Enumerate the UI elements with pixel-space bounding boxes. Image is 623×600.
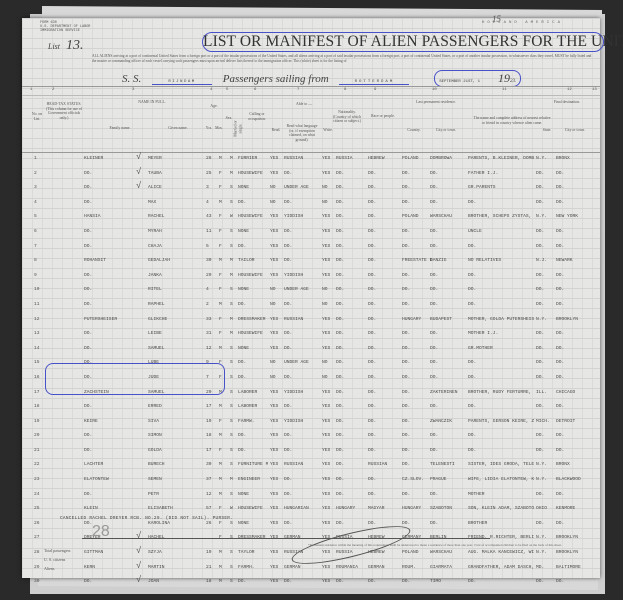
given-name: TAUBA <box>148 171 162 176</box>
age: 2 <box>206 302 209 307</box>
city: TELENESTI <box>430 462 455 467</box>
column-number: 11 <box>502 88 507 92</box>
family-name: DO. <box>84 331 92 336</box>
city: BERLIN <box>430 535 447 540</box>
given-name: SIVA <box>148 419 159 424</box>
dest-city: DO. <box>556 521 564 526</box>
row-number: 27 <box>34 535 40 540</box>
dest-state: DO. <box>536 346 544 351</box>
marital-status: M <box>230 273 233 278</box>
marital-status: S <box>230 419 233 424</box>
dest-state: DO. <box>536 302 544 307</box>
race: DO. <box>368 433 376 438</box>
family-name: LACHTER <box>84 462 103 467</box>
table-row: 20DO.SIMON18MSDO.YESDO.YESDO.DO.DO.DO.DO… <box>22 429 600 444</box>
occupation: HOUSEWIFE <box>238 506 263 511</box>
occupation: NONE <box>238 346 249 351</box>
nationality: DO. <box>336 375 344 380</box>
sex: F <box>219 287 222 292</box>
relative: DO. <box>468 579 476 584</box>
date-value: SEPTEMBER 21ST, 1 <box>439 80 480 84</box>
can-read: YES <box>270 492 278 497</box>
family-name: KLEINER <box>84 156 103 161</box>
city: DO. <box>430 346 438 351</box>
dest-state: DO. <box>536 244 544 249</box>
sex: M <box>219 302 222 307</box>
table-row: 5HANSIARACHEL43FWHOUSEWIFEYESYIDDISHYESD… <box>22 210 600 225</box>
can-read: YES <box>270 565 278 570</box>
family-name: DO. <box>84 433 92 438</box>
country: DO. <box>402 521 410 526</box>
dest-state: DO. <box>536 404 544 409</box>
occupation: HOUSEWIFE <box>238 214 263 219</box>
race: DO. <box>368 214 376 219</box>
footnote: *Permanent residence within the meaning … <box>308 543 598 547</box>
marital-status: S <box>230 390 233 395</box>
checkmark-icon: √ <box>136 561 141 571</box>
age: 17 <box>206 448 212 453</box>
table-row: 3DO.ALICE3FSNONENOUNDER AGENODO.DO.DO.DO… <box>22 181 600 196</box>
can-read: YES <box>270 244 278 249</box>
can-write: YES <box>322 229 330 234</box>
country: DO. <box>402 390 410 395</box>
race: DO. <box>368 331 376 336</box>
row-number: 13 <box>34 331 40 336</box>
age: 57 <box>206 506 212 511</box>
can-write: NO <box>322 360 328 365</box>
page-title: LIST OR MANIFEST OF ALIEN PASSENGERS FOR… <box>202 32 604 52</box>
can-read: NO <box>270 302 276 307</box>
header-no: No. on List. <box>30 112 44 121</box>
occupation: LABORER <box>238 404 257 409</box>
city: ZAKTERINEN <box>430 390 458 395</box>
column-number: 13 <box>592 88 597 92</box>
dest-city: DO. <box>556 244 564 249</box>
family-name: DO. <box>84 273 92 278</box>
sex: F <box>219 419 222 424</box>
family-name: DO. <box>84 404 92 409</box>
occupation: FARMW. <box>238 419 255 424</box>
sex: F <box>219 214 222 219</box>
row-number: 8 <box>34 258 37 263</box>
nationality: DO. <box>336 579 344 584</box>
dest-city: NEW YORK <box>556 214 578 219</box>
dest-city: BROOKLYN <box>556 550 578 555</box>
occupation: NONE <box>238 521 249 526</box>
given-name: LEIBE <box>148 331 162 336</box>
dest-city: BROOKLYN <box>556 317 578 322</box>
row-number: 20 <box>34 433 40 438</box>
marital-status: M <box>230 156 233 161</box>
dest-city: DO. <box>556 492 564 497</box>
race: DO. <box>368 302 376 307</box>
nationality: DO. <box>336 346 344 351</box>
relative: MOTHER I.J. <box>468 331 498 336</box>
city: DO. <box>430 185 438 190</box>
age: 18 <box>206 579 212 584</box>
age: 17 <box>206 404 212 409</box>
relative: DO. <box>468 404 476 409</box>
age: 12 <box>206 346 212 351</box>
occupation: DO. <box>238 433 246 438</box>
nationality: DO. <box>336 477 344 482</box>
age: 43 <box>206 214 212 219</box>
read-language: GERMAN <box>284 565 301 570</box>
header-head-tax: HEAD-TAX STATUS. (This column for use of… <box>46 102 82 120</box>
read-language: DO. <box>284 258 292 263</box>
dest-state: DO. <box>536 448 544 453</box>
marital-status: M <box>230 171 233 176</box>
nationality: DO. <box>336 448 344 453</box>
race: DO. <box>368 360 376 365</box>
read-language: RUSSIAN <box>284 462 303 467</box>
read-language: HUNGARIAN <box>284 506 309 511</box>
given-name: MYRAH <box>148 229 162 234</box>
dest-city: DO. <box>556 433 564 438</box>
sex: M <box>219 579 222 584</box>
list-number: List13. <box>48 38 84 54</box>
race: DO. <box>368 521 376 526</box>
occupation: TAYLOR <box>238 550 255 555</box>
can-read: NO <box>270 185 276 190</box>
read-language: DO. <box>284 375 292 380</box>
country: HUNGARY <box>402 317 421 322</box>
column-number: 1 <box>30 88 32 92</box>
sailing-date: SEPTEMBER 21ST, 11923. <box>434 70 521 87</box>
read-language: DO. <box>284 302 292 307</box>
list-label: List <box>48 42 60 51</box>
occupation: DO. <box>238 244 246 249</box>
city: DO. <box>430 200 438 205</box>
country: DO. <box>402 185 410 190</box>
country: DO. <box>402 331 410 336</box>
can-write: YES <box>322 404 330 409</box>
city: DO. <box>430 492 438 497</box>
marital-status: S <box>230 579 233 584</box>
row-number: 16 <box>34 375 40 380</box>
family-name: DO. <box>84 229 92 234</box>
checkmark-icon: √ <box>136 181 141 191</box>
table-row: 1KLEINERMEYER26MMFURRIERYESRUSSIANYESRUS… <box>22 152 600 167</box>
column-number: 5 <box>226 88 228 92</box>
table-row: 30DO.JOAN18MSDO.YESDO.YESDO.DO.DO.TIMODO… <box>22 575 600 590</box>
nationality: ROUMANIA <box>336 565 358 570</box>
city: DANZIG <box>430 258 447 263</box>
family-name: DO. <box>84 579 92 584</box>
can-read: YES <box>270 156 278 161</box>
can-write: YES <box>322 579 330 584</box>
sex: F <box>219 331 222 336</box>
handwritten-page-number: 28 <box>92 523 110 541</box>
city: DO. <box>430 302 438 307</box>
relative: DO. <box>468 302 476 307</box>
can-write: NO <box>322 375 328 380</box>
occupation: NONE <box>238 492 249 497</box>
age: 12 <box>206 492 212 497</box>
race: DO. <box>368 244 376 249</box>
read-language: DO. <box>284 579 292 584</box>
agency-header: FORM 630 U.S. DEPARTMENT OF LABOR IMMIGR… <box>40 21 90 33</box>
dest-city: NEWARK <box>556 258 573 263</box>
race: DO. <box>368 448 376 453</box>
nationality: DO. <box>336 258 344 263</box>
checkmark-icon: √ <box>136 575 141 585</box>
checkmark-icon: √ <box>136 531 141 541</box>
table-row: 22LACHTERBURECH30MSFURNITURE MAKERYESRUS… <box>22 458 600 473</box>
occupation: ENGINEER <box>238 477 260 482</box>
marital-status: S <box>230 200 233 205</box>
column-number: 4 <box>210 88 212 92</box>
header-able-to: Able to — <box>284 102 324 107</box>
country: DO. <box>402 404 410 409</box>
sex: F <box>219 317 222 322</box>
row-number: 26 <box>34 521 40 526</box>
row-number: 18 <box>34 404 40 409</box>
country: DO. <box>402 273 410 278</box>
dest-city: BRONX <box>556 156 570 161</box>
relative: FATHER I.J. <box>468 171 498 176</box>
dest-state: DO. <box>536 287 544 292</box>
occupation: DRESSMAKER <box>238 317 266 322</box>
year-label: 19 <box>498 71 510 85</box>
header-write: Write. <box>322 128 334 133</box>
city: BUDAPEST <box>430 317 452 322</box>
race: GERMAN <box>368 565 385 570</box>
family-name: KLEIN <box>84 506 98 511</box>
row-number: 14 <box>34 346 40 351</box>
dest-state: DO. <box>536 171 544 176</box>
header-mos: Mos. <box>214 126 224 131</box>
age: 31 <box>206 331 212 336</box>
dest-state: N.Y. <box>536 535 547 540</box>
nationality: DO. <box>336 287 344 292</box>
relative: GR.PARENTS <box>468 185 496 190</box>
dest-city: DO. <box>556 273 564 278</box>
row-number: 19 <box>34 419 40 424</box>
can-write: YES <box>322 273 330 278</box>
race: DO. <box>368 273 376 278</box>
relative: DO. <box>468 360 476 365</box>
occupation: HOUSEWIFE <box>238 273 263 278</box>
country: DO. <box>402 200 410 205</box>
table-row: 7DO.CHAJA5FSDO.YESDO.YESDO.DO.DO.DO.DO.D… <box>22 240 600 255</box>
header-final-destination: Final destination. <box>542 100 592 105</box>
row-number: 29 <box>34 565 40 570</box>
given-name: MAX <box>148 200 156 205</box>
row-number: 12 <box>34 317 40 322</box>
country: POLAND <box>402 214 419 219</box>
city: DO. <box>430 521 438 526</box>
sex: M <box>219 433 222 438</box>
total-passengers-label: Total passengers <box>44 546 71 555</box>
can-read: NO <box>270 375 276 380</box>
can-read: YES <box>270 579 278 584</box>
dest-city: DO. <box>556 331 564 336</box>
table-header: No. on List. HEAD-TAX STATUS. (This colu… <box>22 94 600 153</box>
can-write: YES <box>322 433 330 438</box>
column-number: 9 <box>374 88 376 92</box>
can-write: YES <box>322 317 330 322</box>
marital-status: S <box>230 404 233 409</box>
row-number: 28 <box>34 550 40 555</box>
relative: FRIEND, R.RICHTER, BERLIN <box>468 535 534 540</box>
can-write: YES <box>322 171 330 176</box>
city: DO. <box>430 273 438 278</box>
dest-city: DO. <box>556 229 564 234</box>
family-name: DO. <box>84 492 92 497</box>
table-row: 2DO.TAUBA25FMHOUSEWIFEYESDO.YESDO.DO.DO.… <box>22 167 600 182</box>
relative: DO. <box>468 273 476 278</box>
country: POLAND <box>402 550 419 555</box>
given-name: CHAJA <box>148 244 162 249</box>
row-number: 7 <box>34 244 37 249</box>
race: DO. <box>368 346 376 351</box>
marital-status: S <box>230 360 233 365</box>
can-read: YES <box>270 331 278 336</box>
relative: DO. <box>468 433 476 438</box>
dest-state: DO. <box>536 229 544 234</box>
dest-state: DO. <box>536 185 544 190</box>
occupation: HOUSEWIFE <box>238 171 263 176</box>
read-language: DO. <box>284 346 292 351</box>
table-row: 23ELATONTEWSEMEN37MMENGINEERYESDO.YESDO.… <box>22 473 600 488</box>
given-name: ALICE <box>148 185 162 190</box>
family-name: KERN <box>84 565 95 570</box>
read-language: UNDER AGE <box>284 360 309 365</box>
can-write: YES <box>322 448 330 453</box>
header-age: Age. <box>206 104 222 109</box>
sex: M <box>219 565 222 570</box>
row-number: 11 <box>34 302 40 307</box>
family-name: DO. <box>84 448 92 453</box>
relative: BROTHER, SCHEPS ZYSTAS, DANIELSKA, WARSC… <box>468 214 534 219</box>
can-write: YES <box>322 346 330 351</box>
sex: M <box>219 200 222 205</box>
occupation: LABORER <box>238 390 257 395</box>
dest-city: DO. <box>556 579 564 584</box>
marital-status: W <box>230 506 233 511</box>
dest-state: OHIO <box>536 506 547 511</box>
given-name: SIMON <box>148 433 162 438</box>
marital-status: S <box>230 462 233 467</box>
occupation: DO. <box>238 302 246 307</box>
country: DO. <box>402 302 410 307</box>
column-number: 12 <box>567 88 572 92</box>
header-sex: Sex. <box>224 116 234 121</box>
column-number: 3 <box>132 88 134 92</box>
nationality: DO. <box>336 433 344 438</box>
nationality: DO. <box>336 317 344 322</box>
given-name: HACHEL <box>148 535 165 540</box>
read-language: YIDDISH <box>284 419 303 424</box>
row-number: 5 <box>34 214 37 219</box>
can-read: YES <box>270 229 278 234</box>
city: DO. <box>430 360 438 365</box>
occupation: NONE <box>238 287 249 292</box>
dest-state: N.Y. <box>536 550 547 555</box>
nationality: DO. <box>336 390 344 395</box>
dest-state: N.Y. <box>536 477 547 482</box>
given-name: GEDALJAH <box>148 258 170 263</box>
nationality: DO. <box>336 419 344 424</box>
table-row: 8ROHANSITGEDALJAH30MMTAILORYESDO.YESDO.D… <box>22 254 600 269</box>
age: 37 <box>206 477 212 482</box>
header-calling: Calling or occupation. <box>244 112 270 121</box>
row-number: 3 <box>34 185 37 190</box>
can-read: YES <box>270 462 278 467</box>
nationality: DO. <box>336 360 344 365</box>
country: DO. <box>402 492 410 497</box>
occupation: DO. <box>238 448 246 453</box>
dest-city: DO. <box>556 346 564 351</box>
given-name: SAMUEL <box>148 346 165 351</box>
country: DO. <box>402 448 410 453</box>
family-name: KEIRE <box>84 419 98 424</box>
relative: GRANDFATHER, ADAM DASCH, TORONTAL, ROUMA… <box>468 565 534 570</box>
read-language: DO. <box>284 404 292 409</box>
country: FREESTATE DANZIG <box>402 258 432 263</box>
year-value: 23. <box>510 79 516 84</box>
read-language: DO. <box>284 171 292 176</box>
marital-status: M <box>230 317 233 322</box>
given-name: GOLDA <box>148 448 162 453</box>
relative: UNCLE <box>468 229 482 234</box>
marital-status: S <box>230 448 233 453</box>
given-name: SZYJA <box>148 550 162 555</box>
voyage-line: S. S. RIJNDAM Passengers sailing from RO… <box>122 70 521 87</box>
city: DO. <box>430 229 438 234</box>
dest-state: DO. <box>536 521 544 526</box>
read-language: DO. <box>284 200 292 205</box>
age: 29 <box>206 273 212 278</box>
occupation: FURNITURE MAKER <box>238 462 268 467</box>
country: DO. <box>402 375 410 380</box>
age: 25 <box>206 171 212 176</box>
given-name: KAROLINA <box>148 521 170 526</box>
header-yrs: Yrs. <box>204 126 214 131</box>
race: DO. <box>368 579 376 584</box>
age: 26 <box>206 156 212 161</box>
age: 18 <box>206 433 212 438</box>
relative: SON, KLEIN ADAM, SZABOTON <box>468 506 534 511</box>
dest-state: N.Y. <box>536 317 547 322</box>
occupation: FARMH. <box>238 565 255 570</box>
read-language: DO. <box>284 433 292 438</box>
relative: DO. <box>468 200 476 205</box>
read-language: GERMAN <box>284 535 301 540</box>
nationality: DO. <box>336 462 344 467</box>
age: 19 <box>206 419 212 424</box>
dest-state: DO. <box>536 360 544 365</box>
given-name: GLIKCHE <box>148 317 167 322</box>
row-number: 2 <box>34 171 37 176</box>
marital-status: S <box>230 433 233 438</box>
dest-state: N.Y. <box>536 156 547 161</box>
nationality: DO. <box>336 185 344 190</box>
can-read: YES <box>270 535 278 540</box>
sex: M <box>219 477 222 482</box>
dest-city: DO. <box>556 375 564 380</box>
table-row: 11DO.RAPHEL2MSDO.NODO.NODO.DO.DO.DO.DO.D… <box>22 298 600 313</box>
dest-state: ILL. <box>536 390 547 395</box>
marital-status: S <box>230 244 233 249</box>
sex: F <box>219 185 222 190</box>
can-read: YES <box>270 419 278 424</box>
city: GIARMATA <box>430 565 452 570</box>
given-name: JANKA <box>148 273 162 278</box>
header-read-language: Read what language (or, if exemption cla… <box>284 124 320 142</box>
sex: F <box>219 171 222 176</box>
